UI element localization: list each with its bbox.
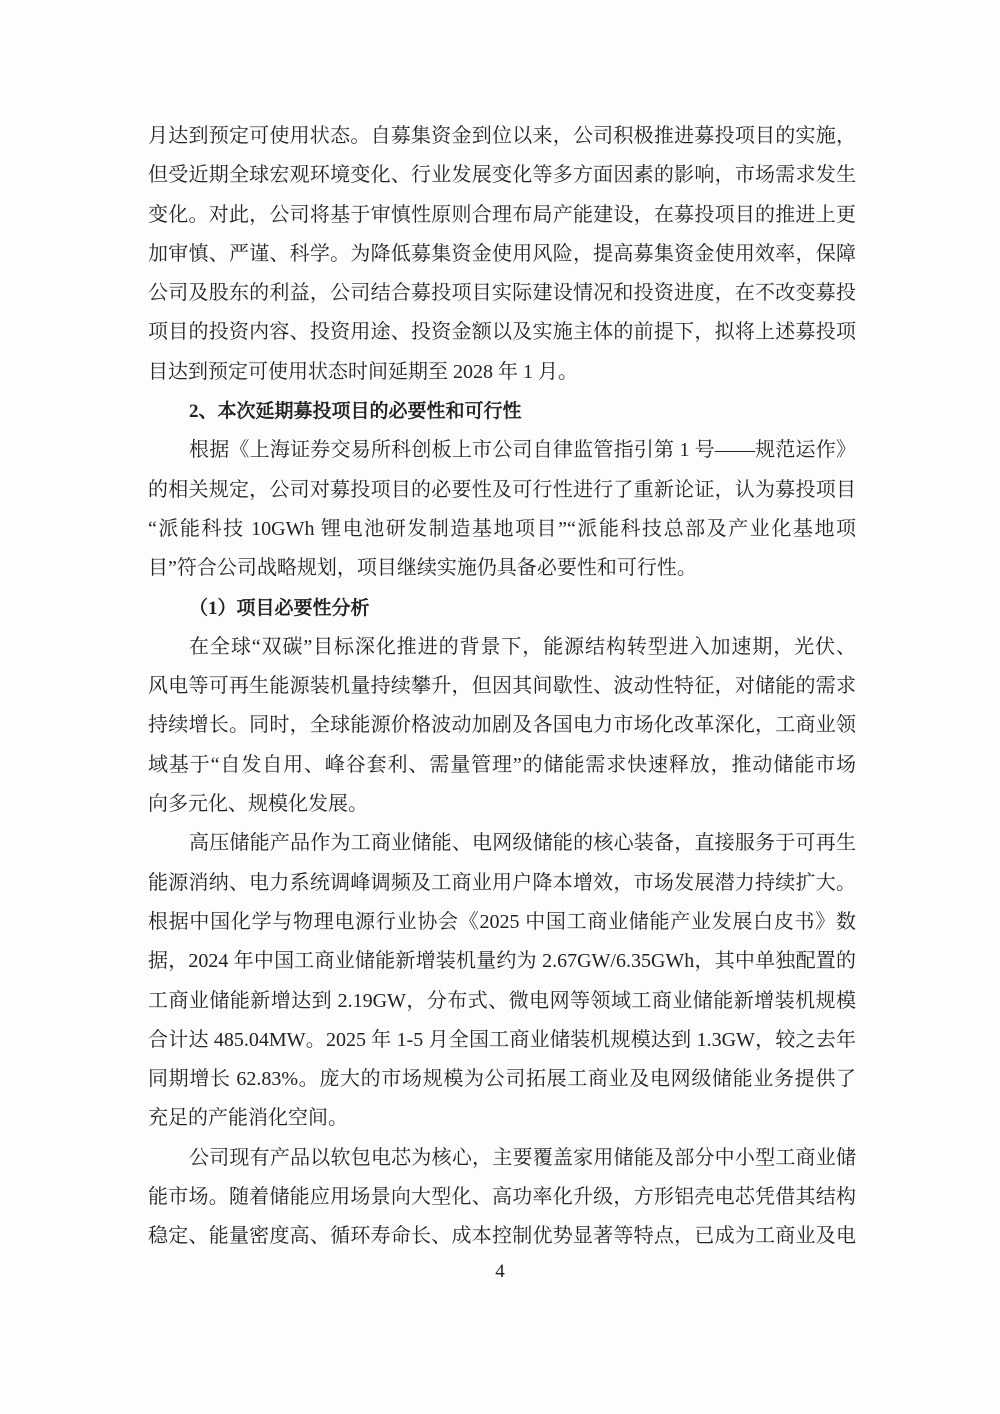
- page-number: 4: [0, 1252, 1000, 1291]
- paragraph-line: 变化。对此，公司将基于审慎性原则合理布局产能建设，在募投项目的推进上更: [148, 196, 856, 235]
- paragraph-line: 据，2024 年中国工商业储能新增装机量约为 2.67GW/6.35GWh，其中…: [148, 942, 856, 981]
- paragraph-line: “派能科技 10GWh 锂电池研发制造基地项目”“派能科技总部及产业化基地项: [148, 510, 856, 549]
- paragraph-line: 持续增长。同时，全球能源价格波动加剧及各国电力市场化改革深化，工商业领: [148, 706, 856, 745]
- paragraph-line: 风电等可再生能源装机量持续攀升，但因其间歇性、波动性特征，对储能的需求: [148, 667, 856, 706]
- paragraph-line: 域基于“自发自用、峰谷套利、需量管理”的储能需求快速释放，推动储能市场: [148, 746, 856, 785]
- paragraph-line: 项目的投资内容、投资用途、投资金额以及实施主体的前提下，拟将上述募投项: [148, 313, 856, 352]
- document-content: 月达到预定可使用状态。自募集资金到位以来，公司积极推进募投项目的实施，但受近期全…: [148, 117, 856, 1257]
- paragraph-line: 目达到预定可使用状态时间延期至 2028 年 1 月。: [148, 353, 856, 392]
- paragraph-line: 目”符合公司战略规划，项目继续实施仍具备必要性和可行性。: [148, 549, 856, 588]
- paragraph-line: 能源消纳、电力系统调峰调频及工商业用户降本增效，市场发展潜力持续扩大。: [148, 864, 856, 903]
- heading-line: （1）项目必要性分析: [148, 589, 856, 628]
- paragraph-line: 加审慎、严谨、科学。为降低募集资金使用风险，提高募集资金使用效率，保障: [148, 235, 856, 274]
- paragraph-line: 合计达 485.04MW。2025 年 1-5 月全国工商业储装机规模达到 1.…: [148, 1021, 856, 1060]
- paragraph-line: 的相关规定，公司对募投项目的必要性及可行性进行了重新论证，认为募投项目: [148, 471, 856, 510]
- paragraph-line: 公司现有产品以软包电芯为核心，主要覆盖家用储能及部分中小型工商业储: [148, 1139, 856, 1178]
- paragraph-line: 高压储能产品作为工商业储能、电网级储能的核心装备，直接服务于可再生: [148, 824, 856, 863]
- paragraph-line: 能市场。随着储能应用场景向大型化、高功率化升级，方形铝壳电芯凭借其结构: [148, 1178, 856, 1217]
- paragraph-line: 充足的产能消化空间。: [148, 1099, 856, 1138]
- paragraph-line: 在全球“双碳”目标深化推进的背景下，能源结构转型进入加速期，光伏、: [148, 628, 856, 667]
- paragraph-line: 工商业储能新增达到 2.19GW，分布式、微电网等领域工商业储能新增装机规模: [148, 982, 856, 1021]
- paragraph-line: 根据中国化学与物理电源行业协会《2025 中国工商业储能产业发展白皮书》数: [148, 903, 856, 942]
- document-page: 月达到预定可使用状态。自募集资金到位以来，公司积极推进募投项目的实施，但受近期全…: [0, 0, 1000, 1414]
- paragraph-line: 但受近期全球宏观环境变化、行业发展变化等多方面因素的影响，市场需求发生: [148, 156, 856, 195]
- paragraph-line: 根据《上海证券交易所科创板上市公司自律监管指引第 1 号——规范运作》: [148, 431, 856, 470]
- paragraph-line: 月达到预定可使用状态。自募集资金到位以来，公司积极推进募投项目的实施，: [148, 117, 856, 156]
- paragraph-line: 稳定、能量密度高、循环寿命长、成本控制优势显著等特点，已成为工商业及电: [148, 1217, 856, 1256]
- paragraph-line: 向多元化、规模化发展。: [148, 785, 856, 824]
- paragraph-line: 公司及股东的利益，公司结合募投项目实际建设情况和投资进度，在不改变募投: [148, 274, 856, 313]
- heading-line: 2、本次延期募投项目的必要性和可行性: [148, 392, 856, 431]
- paragraph-line: 同期增长 62.83%。庞大的市场规模为公司拓展工商业及电网级储能业务提供了: [148, 1060, 856, 1099]
